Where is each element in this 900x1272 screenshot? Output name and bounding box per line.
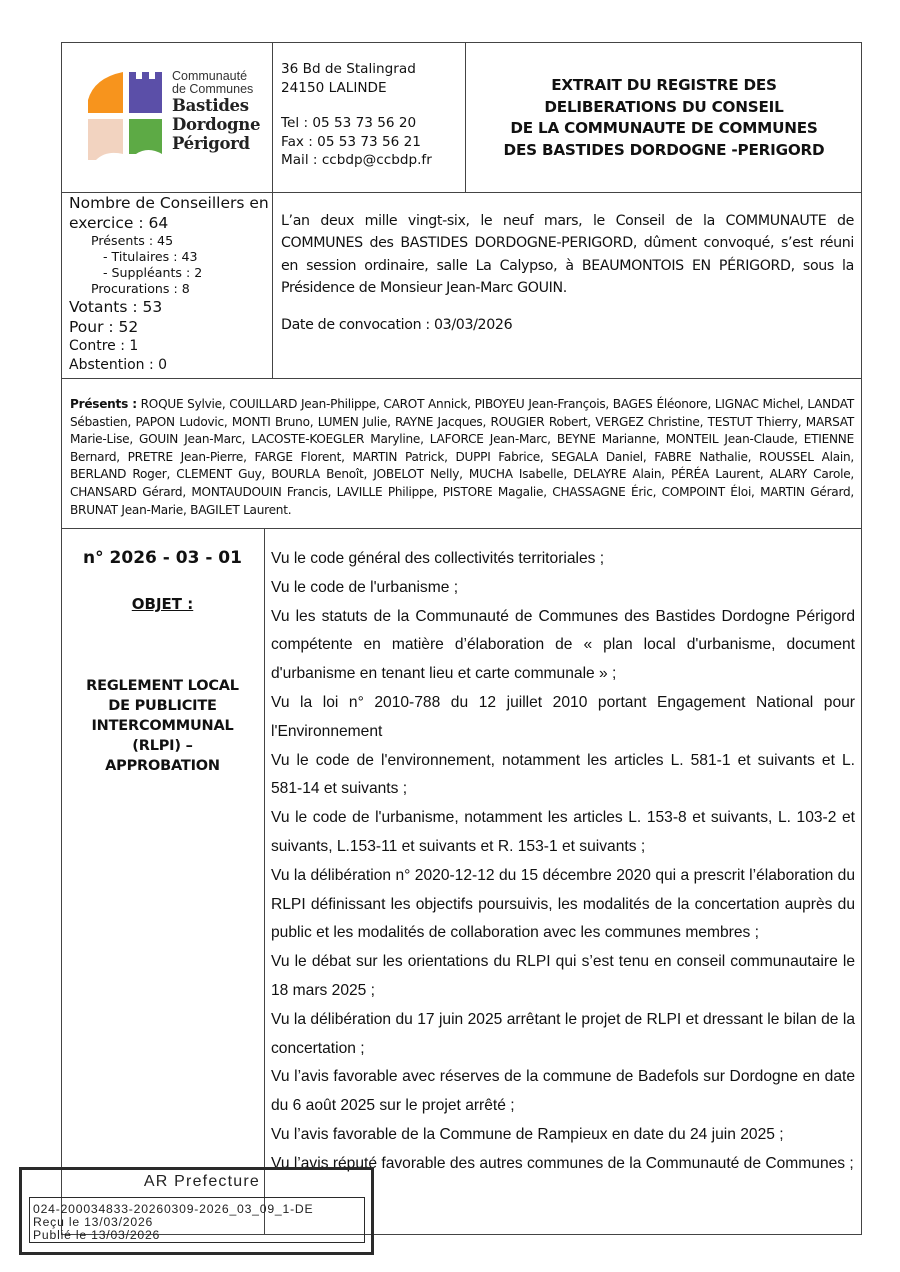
considerant: Vu le code de l'urbanisme, notamment les… (271, 804, 855, 862)
conseillers-count: exercice : 64 (69, 213, 269, 233)
logo-line: Bastides (172, 96, 260, 115)
considerant: Vu le débat sur les orientations du RLPI… (271, 948, 855, 1006)
title-line: DES BASTIDES DORDOGNE -PERIGORD (466, 140, 862, 162)
considerant: Vu l’avis favorable de la Commune de Ram… (271, 1121, 855, 1150)
procurations-count: Procurations : 8 (69, 281, 269, 297)
considerants: Vu le code général des collectivités ter… (271, 545, 855, 1179)
vote-stats: Nombre de Conseillers en exercice : 64 P… (69, 193, 269, 375)
divider (61, 378, 862, 379)
subject-line: DE PUBLICITE (61, 696, 264, 716)
document-title: EXTRAIT DU REGISTRE DES DELIBERATIONS DU… (466, 75, 862, 161)
considerant: Vu le code de l'urbanisme ; (271, 574, 855, 603)
considerant: Vu la délibération n° 2020-12-12 du 15 d… (271, 862, 855, 948)
convocation-date: Date de convocation : 03/03/2026 (281, 314, 512, 336)
email: Mail : ccbdp@ccbdp.fr (281, 151, 432, 170)
logo-wordmark: Communauté de Communes Bastides Dordogne… (172, 70, 260, 153)
title-line: EXTRAIT DU REGISTRE DES (466, 75, 862, 97)
considerant: Vu la délibération du 17 juin 2025 arrêt… (271, 1006, 855, 1064)
stamp-published: Publié le 13/03/2026 (33, 1229, 160, 1242)
contre-count: Contre : 1 (69, 337, 269, 356)
subject-line: INTERCOMMUNAL (61, 716, 264, 736)
title-line: DELIBERATIONS DU CONSEIL (466, 97, 862, 119)
deliberation-subject: REGLEMENT LOCAL DE PUBLICITE INTERCOMMUN… (61, 676, 264, 776)
considerant: Vu la loi n° 2010-788 du 12 juillet 2010… (271, 689, 855, 747)
presents-list: Présents : ROQUE Sylvie, COUILLARD Jean-… (70, 396, 854, 519)
logo-line: de Communes (172, 83, 260, 96)
objet-label: OBJET : (61, 595, 264, 613)
considerant: Vu les statuts de la Communauté de Commu… (271, 603, 855, 689)
logo-line: Périgord (172, 134, 260, 153)
presents-label: Présents : (70, 397, 137, 411)
divider (264, 528, 265, 1235)
pour-count: Pour : 52 (69, 317, 269, 337)
ccbdp-logo-icon (86, 70, 164, 162)
subject-line: APPROBATION (61, 756, 264, 776)
conseillers-label: Nombre de Conseillers en (69, 193, 269, 213)
logo-line: Dordogne (172, 115, 260, 134)
considerant: Vu l’avis favorable avec réserves de la … (271, 1063, 855, 1121)
address-line: 24150 LALINDE (281, 79, 432, 98)
suppleants-count: - Suppléants : 2 (69, 265, 269, 281)
deliberation-number: n° 2026 - 03 - 01 (61, 548, 264, 568)
votants-count: Votants : 53 (69, 297, 269, 317)
session-intro: L’an deux mille vingt-six, le neuf mars,… (281, 210, 854, 299)
presents-names: ROQUE Sylvie, COUILLARD Jean-Philippe, C… (70, 397, 854, 517)
considerant: Vu le code de l'environnement, notamment… (271, 747, 855, 805)
divider (61, 528, 862, 529)
contact-block: 36 Bd de Stalingrad 24150 LALINDE Tel : … (281, 60, 432, 170)
abstention-count: Abstention : 0 (69, 356, 269, 375)
considerant: Vu le code général des collectivités ter… (271, 545, 855, 574)
fax: Fax : 05 53 73 56 21 (281, 133, 432, 152)
title-line: DE LA COMMUNAUTE DE COMMUNES (466, 118, 862, 140)
address-line: 36 Bd de Stalingrad (281, 60, 432, 79)
presents-count: Présents : 45 (69, 233, 269, 249)
divider (272, 42, 273, 378)
subject-line: REGLEMENT LOCAL (61, 676, 264, 696)
stamp-title: AR Prefecture (100, 1173, 260, 1191)
titulaires-count: - Titulaires : 43 (69, 249, 269, 265)
phone: Tel : 05 53 73 56 20 (281, 114, 432, 133)
subject-line: (RLPI) – (61, 736, 264, 756)
